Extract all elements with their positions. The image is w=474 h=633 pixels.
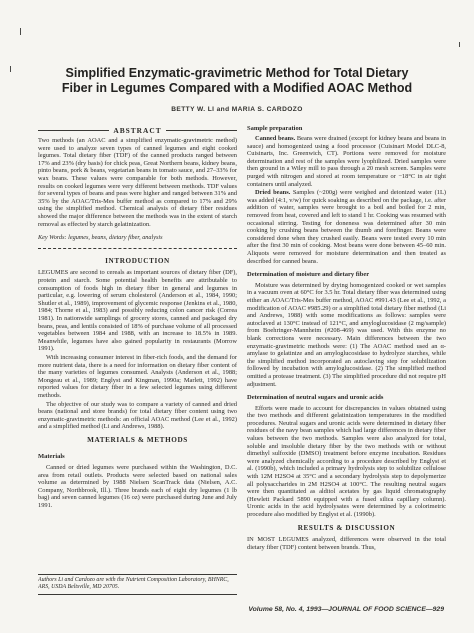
journal-footer-line: Volume 58, No. 4, 1993—JOURNAL OF FOOD S… [248, 606, 444, 613]
canned-beans-lead: Canned beans. [255, 135, 295, 142]
results-discussion-heading: RESULTS & DISCUSSION [247, 525, 446, 533]
neutral-sugars-text: Efforts were made to account for discrep… [247, 405, 446, 519]
materials-subheading: Materials [38, 453, 237, 461]
materials-text: Canned or dried legumes were purchased w… [38, 464, 237, 510]
abstract-heading: ABSTRACT [38, 127, 237, 135]
materials-methods-heading: MATERIALS & METHODS [38, 437, 237, 445]
scan-artifact [10, 66, 11, 72]
page-title: Simplified Enzymatic-gravimetric Method … [53, 66, 421, 97]
authors-byline: BETTY W. LI and MARIA S. CARDOZO [0, 106, 474, 113]
introduction-paragraph-3: The objective of our study was to compar… [38, 401, 237, 431]
keywords-line: Key Words: legumes, beans, dietary fiber… [38, 234, 237, 242]
introduction-paragraph-2: With increasing consumer interest in fib… [38, 354, 237, 400]
scan-artifact [20, 28, 21, 35]
left-column: ABSTRACT Two methods (an AOAC and a simp… [38, 125, 237, 595]
canned-beans-text: Beans were drained (except for kidney be… [247, 135, 446, 188]
canned-beans-paragraph: Canned beans. Beans were drained (except… [247, 135, 446, 188]
abstract-rule-left [38, 130, 109, 131]
dried-beans-paragraph: Dried beans. Samples (~200g) were weighe… [247, 189, 446, 265]
introduction-heading: INTRODUCTION [38, 258, 237, 266]
scan-artifact [459, 42, 460, 47]
two-column-body: ABSTRACT Two methods (an AOAC and a simp… [38, 125, 446, 595]
abstract-divider [38, 248, 237, 249]
dried-beans-lead: Dried beans. [255, 189, 290, 196]
dried-beans-text: Samples (~200g) were weighed and deioniz… [247, 189, 446, 264]
neutral-sugars-heading: Determination of neutral sugars and uron… [247, 394, 446, 402]
sample-preparation-heading: Sample preparation [247, 125, 446, 133]
results-opening-text: IN MOST LEGUMES analyzed, differences we… [247, 536, 446, 551]
abstract-heading-label: ABSTRACT [113, 127, 161, 135]
author-affiliation-footnote: Authors Li and Cardozo are with the Nutr… [38, 574, 237, 595]
moisture-fiber-text: Moisture was determined by drying homoge… [247, 282, 446, 388]
moisture-fiber-heading: Determination of moisture and dietary fi… [247, 271, 446, 279]
scanned-journal-page: Simplified Enzymatic-gravimetric Method … [0, 0, 474, 633]
abstract-text: Two methods (an AOAC and a simplified en… [38, 137, 237, 228]
right-column: Sample preparation Canned beans. Beans w… [247, 125, 446, 595]
introduction-paragraph-1: LEGUMES are second to cereals as importa… [38, 269, 237, 353]
abstract-rule-right [166, 130, 237, 131]
